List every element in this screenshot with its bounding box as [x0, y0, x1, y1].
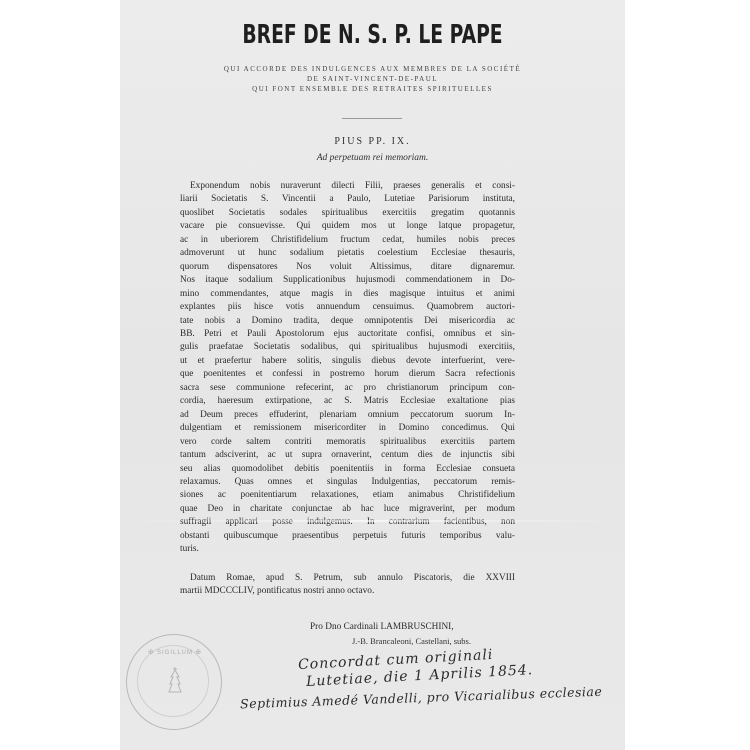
pope-name: PIUS PP. IX.	[120, 136, 625, 147]
body-text-line: Nos itaque sodalium Supplicationibus huj…	[180, 274, 515, 287]
subtitle-line-2: DE SAINT-VINCENT-DE-PAUL	[120, 75, 625, 83]
brief-body-text: Exponendum nobis nuraverunt dilecti Fili…	[180, 180, 515, 557]
seal-text: ✠ SIGILLUM ✠	[127, 649, 223, 656]
body-text-line: siones ac poenitentiarum relaxationes, e…	[180, 489, 515, 502]
body-text-line: quorum dispensatores Nos voluit Altissim…	[180, 261, 515, 274]
body-text-line: que poenitentes et confessi in postremo …	[180, 368, 515, 381]
body-text-line: tantum adsciverint, ac ut supra ornaveri…	[180, 449, 515, 462]
body-text-line: suffragii applicari posse indulgemus. In…	[180, 516, 515, 529]
body-text-line: explantes piis hisce votis annuendum cen…	[180, 301, 515, 314]
document-page: BREF DE N. S. P. LE PAPE QUI ACCORDE DES…	[120, 0, 625, 750]
body-text-line: gulis praefatae Societatis sodalibus, qu…	[180, 341, 515, 354]
body-text-line: ac in uberiorem Christifidelium fructum …	[180, 234, 515, 247]
signature-secretary: J.-B. Brancaleoni, Castellani, subs.	[352, 636, 471, 646]
subtitle-line-1: QUI ACCORDE DES INDULGENCES AUX MEMBRES …	[120, 65, 625, 73]
body-text-line: obstanti quibuscumque praesentibus perpe…	[180, 530, 515, 543]
formula-line: Ad perpetuam rei memoriam.	[120, 153, 625, 163]
signature-cardinal: Pro Dno Cardinali LAMBRUSCHINI,	[310, 622, 454, 632]
body-text-line: vero corde saltem contriti memoratis spi…	[180, 436, 515, 449]
divider-rule	[342, 118, 402, 119]
body-text-line: quoslibet Societatis sodales spiritualib…	[180, 207, 515, 220]
papal-tiara-icon	[160, 667, 190, 697]
body-text-line: vacare pie consuevisse. Qui quidem mos u…	[180, 220, 515, 233]
body-text-line: admoverunt ut hunc sodalium pietatis coe…	[180, 247, 515, 260]
subtitle-line-3: QUI FONT ENSEMBLE DES RETRAITES SPIRITUE…	[120, 85, 625, 93]
body-text-line: Exponendum nobis nuraverunt dilecti Fili…	[180, 180, 515, 193]
body-text-line: dulgentiam et remissionem misericorditer…	[180, 422, 515, 435]
body-text-line: turis.	[180, 543, 515, 556]
official-seal-stamp: ✠ SIGILLUM ✠	[126, 634, 222, 730]
handwritten-line-3: Septimius Amedé Vandelli, pro Vicarialib…	[240, 684, 603, 712]
dating-line: Datum Romae, apud S. Petrum, sub annulo …	[180, 572, 515, 585]
paper-fold	[120, 520, 625, 522]
body-text-line: sacra sese communione refecerint, ac pro…	[180, 382, 515, 395]
body-text-line: seu alias quomodolibet debitis poenitent…	[180, 463, 515, 476]
body-text-line: mino commendantes, atque magis in dies m…	[180, 288, 515, 301]
body-text-line: quae Deo in charitate conjunctae ab hac …	[180, 503, 515, 516]
dating-clause: Datum Romae, apud S. Petrum, sub annulo …	[180, 572, 515, 599]
body-text-line: ut et praefertur habere solitis, singuli…	[180, 355, 515, 368]
body-text-line: tate nobis a Domino tradita, deque omnip…	[180, 315, 515, 328]
body-text-line: liarii Societatis S. Vincentii a Paulo, …	[180, 193, 515, 206]
body-text-line: ad Deum preces effuderint, plenariam omn…	[180, 409, 515, 422]
body-text-line: cordia, haeresum extirpatione, ac S. Mat…	[180, 395, 515, 408]
document-title: BREF DE N. S. P. LE PAPE	[191, 20, 555, 50]
dating-line: martii MDCCCLIV, pontificatus nostri ann…	[180, 585, 515, 598]
body-text-line: relaxamus. Quas omnes et singulas Indulg…	[180, 476, 515, 489]
body-text-line: BB. Petri et Pauli Apostolorum ejus auct…	[180, 328, 515, 341]
